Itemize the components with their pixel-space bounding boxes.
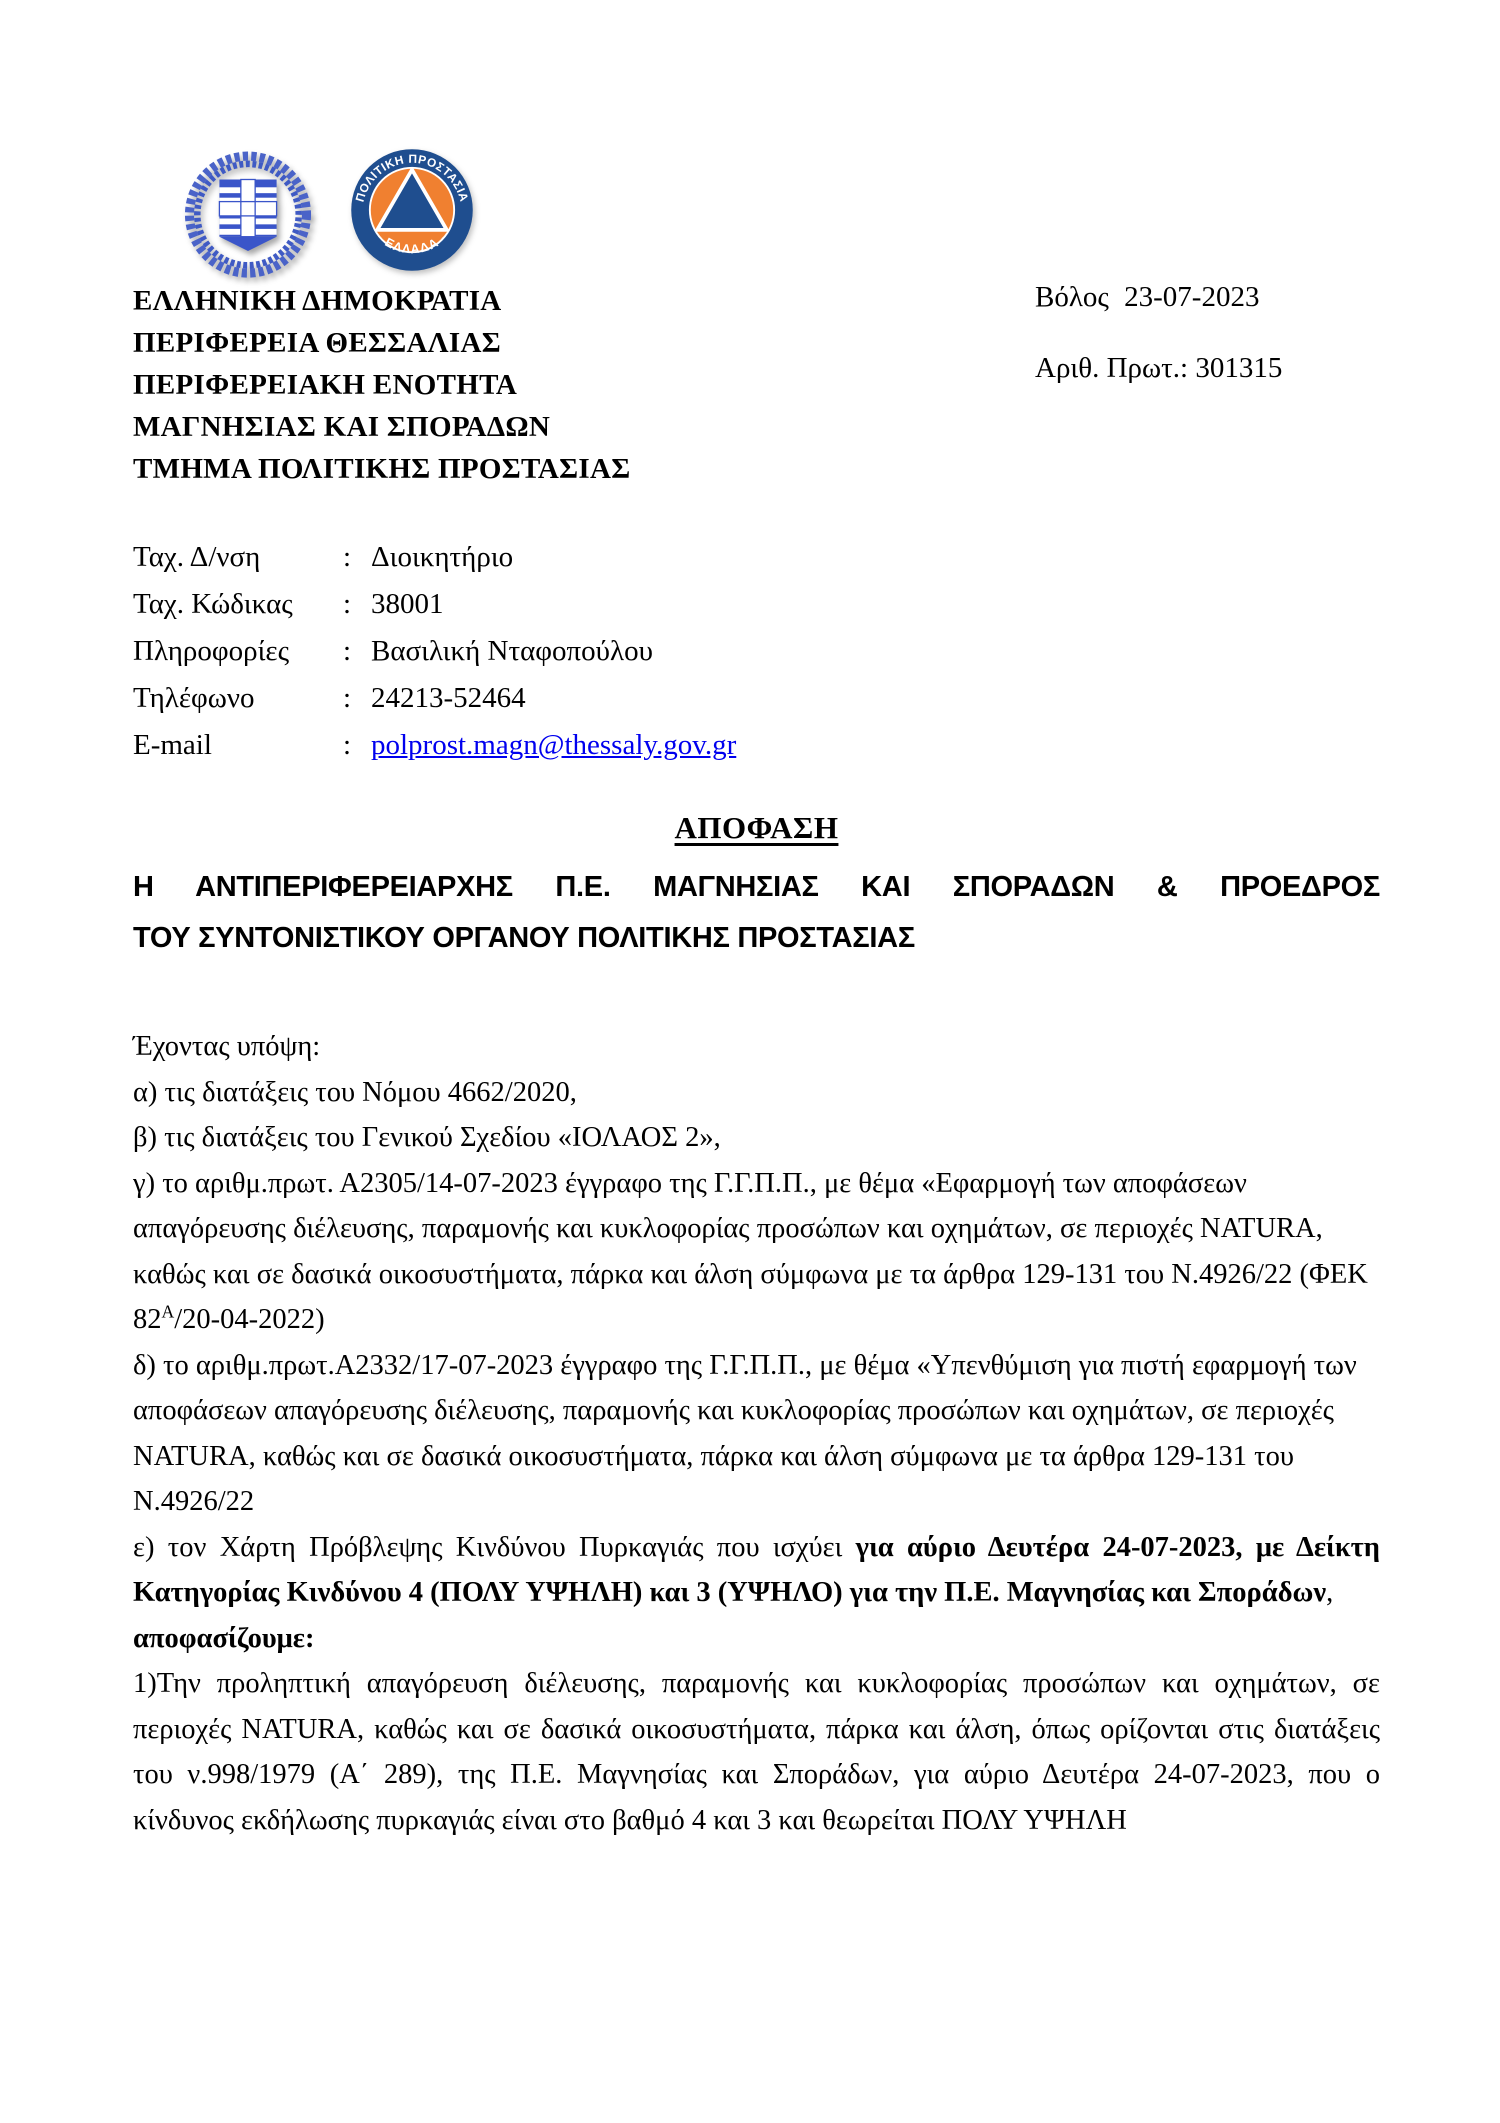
paragraph-segment: , [1326,1577,1333,1608]
contact-separator: : [343,722,371,769]
org-line-region: ΠΕΡΙΦΕΡΕΙΑ ΘΕΣΣΑΛΙΑΣ [133,322,630,364]
org-header: ΕΛΛΗΝΙΚΗ ΔΗΜΟΚΡΑΤΙΑ ΠΕΡΙΦΕΡΕΙΑ ΘΕΣΣΑΛΙΑΣ… [133,280,630,490]
protocol-number: Αριθ. Πρωτ.: 301315 [1035,352,1282,385]
contact-row-postcode: Ταχ. Κώδικας : 38001 [133,581,736,628]
civil-protection-logo: ΠΟΛΙΤΙΚΗ ΠΡΟΣΤΑΣΙΑ - ΕΛΛΑΔΑ - [350,148,474,272]
org-line-unit2: ΜΑΓΝΗΣΙΑΣ ΚΑΙ ΣΠΟΡΑΔΩΝ [133,406,630,448]
org-line-unit: ΠΕΡΙΦΕΡΕΙΑΚΗ ΕΝΟΤΗΤΑ [133,364,630,406]
contact-label: Ταχ. Δ/νση [133,534,343,581]
contact-value-information: Βασιλική Νταφοπούλου [371,628,653,675]
subtitle-line: ΤΟΥ ΣΥΝΤΟΝΙΣΤΙΚΟΥ ΟΡΓΑΝΟΥ ΠΟΛΙΤΙΚΗΣ ΠΡΟΣ… [133,913,1380,964]
body-item-b: β) τις διατάξεις του Γενικού Σχεδίου «ΙΟ… [133,1115,1380,1161]
contact-table: Ταχ. Δ/νση : Διοικητήριο Ταχ. Κώδικας : … [133,534,736,769]
hellenic-republic-logo [183,146,313,278]
contact-row-information: Πληροφορίες : Βασιλική Νταφοπούλου [133,628,736,675]
body-item-c: γ) το αριθμ.πρωτ. Α2305/14-07-2023 έγγρα… [133,1161,1380,1343]
contact-separator: : [343,581,371,628]
contact-separator: : [343,675,371,722]
contact-label: Τηλέφωνο [133,675,343,722]
contact-separator: : [343,628,371,675]
superscript-segment: Α [162,1302,175,1322]
org-line-department: ΤΜΗΜΑ ΠΟΛΙΤΙΚΗΣ ΠΡΟΣΤΑΣΙΑΣ [133,448,630,490]
decision-title: ΑΠΟΦΑΣΗ [133,810,1380,846]
contact-row-phone: Τηλέφωνο : 24213-52464 [133,675,736,722]
contact-label: E-mail [133,722,343,769]
contact-label: Πληροφορίες [133,628,343,675]
body-item-d: δ) το αριθμ.πρωτ.Α2332/17-07-2023 έγγραφ… [133,1343,1380,1525]
paragraph-segment: /20-04-2022) [174,1304,324,1335]
document-page: ΠΟΛΙΤΙΚΗ ΠΡΟΣΤΑΣΙΑ - ΕΛΛΑΔΑ - ΕΛΛΗΝΙΚΗ Δ… [0,0,1500,2123]
contact-row-address: Ταχ. Δ/νση : Διοικητήριο [133,534,736,581]
contact-value-address: Διοικητήριο [371,534,513,581]
paragraph-segment: ε) τον Χάρτη Πρόβλεψης Κινδύνου Πυρκαγιά… [133,1532,856,1563]
body-decide-label: αποφασίζουμε: [133,1616,1380,1662]
contact-label: Ταχ. Κώδικας [133,581,343,628]
body-item-a: α) τις διατάξεις του Νόμου 4662/2020, [133,1070,1380,1116]
place-date: Βόλος 23-07-2023 [1035,281,1259,314]
subtitle-line: Η ΑΝΤΙΠΕΡΙΦΕΡΕΙΑΡΧΗΣ Π.Ε. ΜΑΓΝΗΣΙΑΣ ΚΑΙ … [133,862,1380,913]
contact-separator: : [343,534,371,581]
body-item-1: 1)Την προληπτική απαγόρευση διέλευσης, π… [133,1661,1380,1843]
cross-shield-icon [219,180,276,252]
decision-subtitle: Η ΑΝΤΙΠΕΡΙΦΕΡΕΙΑΡΧΗΣ Π.Ε. ΜΑΓΝΗΣΙΑΣ ΚΑΙ … [133,862,1380,964]
body-intro: Έχοντας υπόψη: [133,1024,1380,1070]
contact-value-postcode: 38001 [371,581,444,628]
org-line-republic: ΕΛΛΗΝΙΚΗ ΔΗΜΟΚΡΑΤΙΑ [133,280,630,322]
body-item-e: ε) τον Χάρτη Πρόβλεψης Κινδύνου Πυρκαγιά… [133,1525,1380,1616]
decision-title-text: ΑΠΟΦΑΣΗ [675,810,839,845]
document-body: Έχοντας υπόψη: α) τις διατάξεις του Νόμο… [133,1024,1380,1843]
contact-value-phone: 24213-52464 [371,675,526,722]
email-link[interactable]: polprost.magn@thessaly.gov.gr [371,722,736,769]
contact-row-email: E-mail : polprost.magn@thessaly.gov.gr [133,722,736,769]
